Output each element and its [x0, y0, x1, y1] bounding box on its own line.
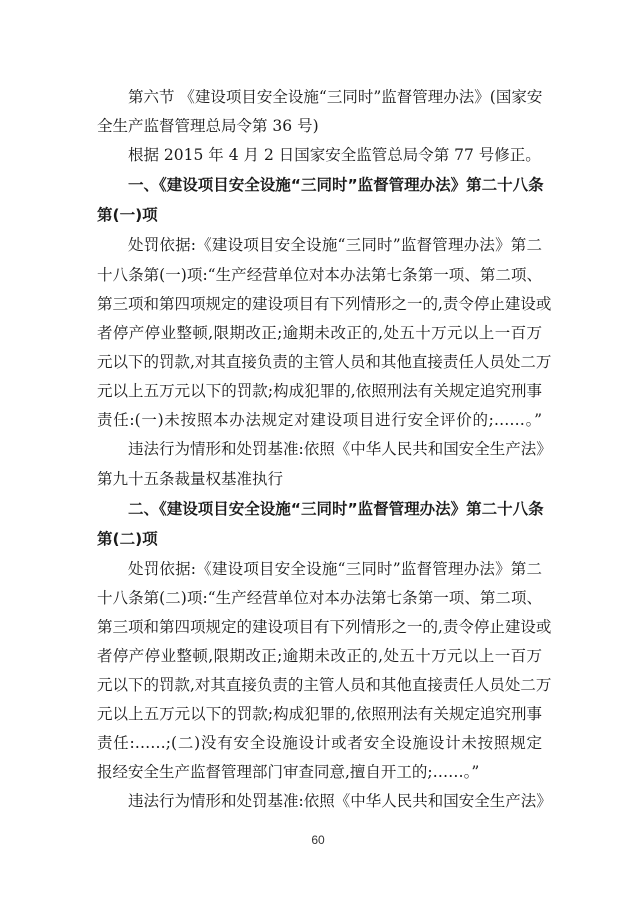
- article-1-standard-line-1: 违法行为情形和处罚基准:依照《中华人民共和国安全生产法》: [128, 437, 542, 461]
- article-2-standard-line-1: 违法行为情形和处罚基准:依照《中华人民共和国安全生产法》: [128, 789, 542, 813]
- article-2-basis-line-6: 元以上五万元以下的罚款;构成犯罪的,依照刑法有关规定追究刑事: [97, 702, 542, 726]
- amendment-note: 根据 2015 年 4 月 2 日国家安全监管总局令第 77 号修正。: [128, 143, 542, 167]
- article-1-basis-line-7: 责任:(一)未按照本办法规定对建设项目进行安全评价的;……。”: [97, 408, 542, 432]
- section-heading-line-1: 第六节 《建设项目安全设施“三同时”监督管理办法》(国家安: [128, 85, 542, 109]
- article-2-basis-line-5: 元以下的罚款,对其直接负责的主管人员和其他直接责任人员处二万: [97, 673, 542, 697]
- section-heading-line-2: 全生产监督管理总局令第 36 号): [97, 114, 542, 138]
- article-1-basis-line-5: 元以下的罚款,对其直接负责的主管人员和其他直接责任人员处二万: [97, 350, 542, 374]
- article-2-basis-line-4: 者停产停业整顿,限期改正;逾期未改正的,处五十万元以上一百万: [97, 644, 542, 668]
- article-1-basis-line-1: 处罚依据:《建设项目安全设施“三同时”监督管理办法》第二: [128, 233, 542, 257]
- article-2-basis-line-2: 十八条第(二)项:“生产经营单位对本办法第七条第一项、第二项、: [97, 586, 542, 610]
- page-number: 60: [0, 833, 636, 847]
- article-2-basis-line-3: 第三项和第四项规定的建设项目有下列情形之一的,责令停止建设或: [97, 615, 542, 639]
- article-1-heading-line-2: 第(一)项: [97, 203, 542, 227]
- article-2-heading-line-1: 二、《建设项目安全设施“三同时”监督管理办法》第二十八条: [128, 497, 542, 521]
- document-page: 第六节 《建设项目安全设施“三同时”监督管理办法》(国家安 全生产监督管理总局令…: [0, 0, 636, 900]
- article-2-basis-line-8: 报经安全生产监督管理部门审查同意,擅自开工的;……。”: [97, 760, 542, 784]
- article-1-basis-line-6: 元以上五万元以下的罚款;构成犯罪的,依照刑法有关规定追究刑事: [97, 379, 542, 403]
- article-1-basis-line-4: 者停产停业整顿,限期改正;逾期未改正的,处五十万元以上一百万: [97, 321, 542, 345]
- article-2-heading-line-2: 第(二)项: [97, 527, 542, 551]
- article-1-basis-line-3: 第三项和第四项规定的建设项目有下列情形之一的,责令停止建设或: [97, 292, 542, 316]
- article-2-basis-line-1: 处罚依据:《建设项目安全设施“三同时”监督管理办法》第二: [128, 557, 542, 581]
- article-2-basis-line-7: 责任:……;(二)没有安全设施设计或者安全设施设计未按照规定: [97, 731, 542, 755]
- article-1-standard-line-2: 第九十五条裁量权基准执行: [97, 467, 542, 491]
- article-1-heading-line-1: 一、《建设项目安全设施“三同时”监督管理办法》第二十八条: [128, 173, 542, 197]
- article-1-basis-line-2: 十八条第(一)项:“生产经营单位对本办法第七条第一项、第二项、: [97, 263, 542, 287]
